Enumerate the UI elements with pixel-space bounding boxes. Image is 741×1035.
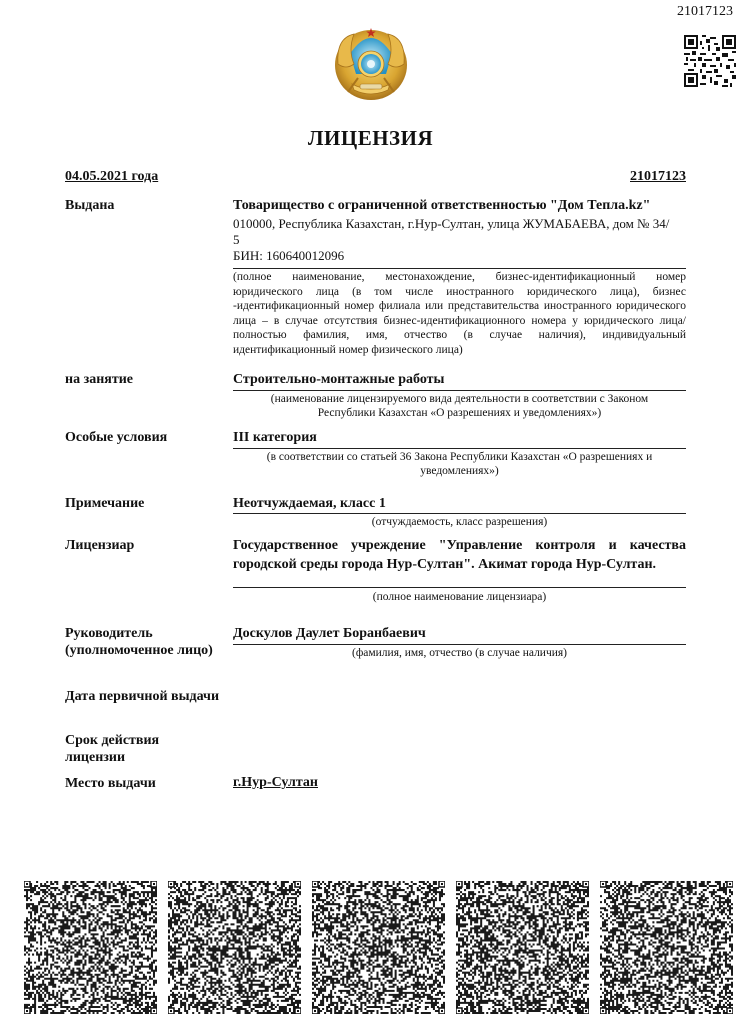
divider [233, 268, 686, 269]
value-issued-to-bin: БИН: 160640012096 [233, 248, 686, 265]
qr-code-top-icon [684, 35, 736, 87]
qr-code-2-icon [168, 881, 301, 1014]
value-note: Неотчуждаемая, класс 1 [233, 494, 686, 513]
label-issued-to: Выдана [65, 197, 114, 215]
label-note: Примечание [65, 495, 144, 513]
hint-special-conditions-line1: (в соответствии со статьей 36 Закона Рес… [233, 450, 686, 464]
value-licensor-line1: Государственное учреждение "Управление к… [233, 536, 686, 555]
state-emblem-icon [330, 24, 412, 102]
divider [233, 513, 686, 514]
title-text: ЛИЦЕНЗИЯ [308, 126, 433, 150]
divider [233, 448, 686, 449]
value-head: Доскулов Даулет Боранбаевич [233, 624, 686, 643]
hint-activity-line1: (наименование лицензируемого вида деятел… [233, 392, 686, 406]
license-number: 21017123 [630, 169, 686, 185]
hint-issued-to: (полное наименование, местонахождение, б… [233, 270, 686, 357]
label-validity-line2: лицензии [65, 749, 125, 767]
hint-note: (отчуждаемость, класс разрешения) [233, 515, 686, 529]
divider [233, 644, 686, 645]
value-issued-to-name: Товарищество с ограниченной ответственно… [233, 196, 686, 215]
value-activity: Строительно-монтажные работы [233, 370, 686, 389]
label-special-conditions: Особые условия [65, 429, 167, 447]
value-licensor-line2: городской среды города Нур-Султан". Аким… [233, 555, 686, 574]
hint-special-conditions-line2: уведомлениях») [233, 464, 686, 478]
issue-date: 04.05.2021 года [65, 169, 158, 185]
qr-code-1-icon [24, 881, 157, 1014]
label-head-line2: (уполномоченное лицо) [65, 642, 213, 660]
value-place-of-issue: г.Нур-Султан [233, 775, 318, 791]
hint-head: (фамилия, имя, отчество (в случае наличи… [233, 646, 686, 660]
qr-code-5-icon [600, 881, 733, 1014]
label-licensor: Лицензиар [65, 537, 134, 555]
label-activity: на занятие [65, 371, 133, 389]
label-validity-line1: Срок действия [65, 732, 159, 750]
document-number-top: 21017123 [677, 4, 733, 20]
label-first-issue-date: Дата первичной выдачи [65, 688, 219, 706]
qr-code-3-icon [312, 881, 445, 1014]
divider [233, 587, 686, 588]
qr-code-4-icon [456, 881, 589, 1014]
value-issued-to-address-2: 5 [233, 232, 686, 249]
label-head-line1: Руководитель [65, 625, 153, 643]
value-issued-to-address-1: 010000, Республика Казахстан, г.Нур-Султ… [233, 216, 686, 233]
document-title: ЛИЦЕНЗИЯ [0, 126, 741, 151]
label-place-of-issue: Место выдачи [65, 775, 156, 793]
divider [233, 390, 686, 391]
hint-licensor: (полное наименование лицензиара) [233, 590, 686, 604]
hint-activity-line2: Республики Казахстан «О разрешениях и ув… [233, 406, 686, 420]
value-special-conditions: III категория [233, 428, 686, 447]
